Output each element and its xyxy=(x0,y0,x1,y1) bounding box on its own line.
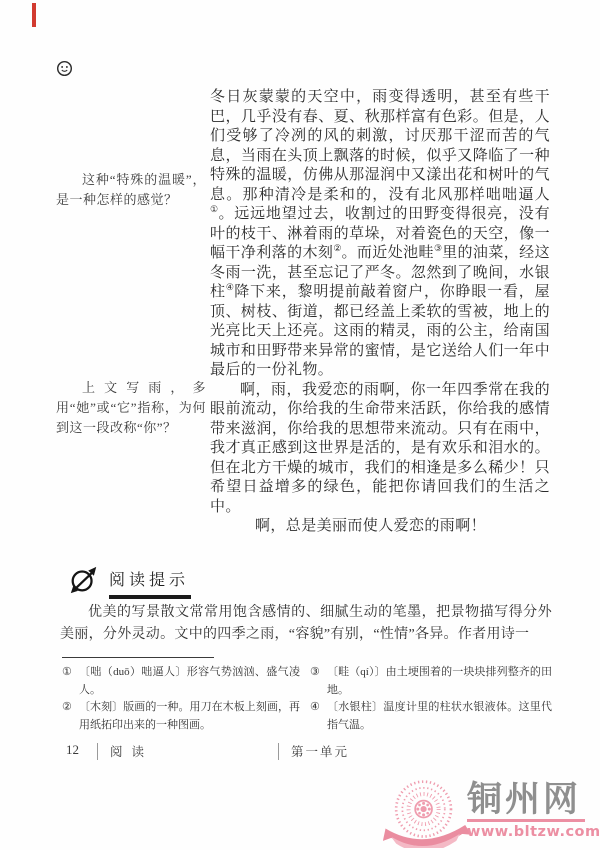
paragraph-ode-to-rain: 啊，雨，我爱恋的雨啊，你一年四季常在我的眼前流动，你给我的生命带来活跃，你给我的… xyxy=(210,381,550,518)
footnote-divider xyxy=(62,657,214,658)
footnote-number: ③ xyxy=(310,664,320,682)
footnote-number: ① xyxy=(62,664,72,682)
page-footer: 12 阅读 第一单元 xyxy=(66,742,406,762)
footnote-1: ① 〔咄（duō）咄逼人〕形容气势汹汹、盛气凌人。 xyxy=(62,664,300,699)
smiley-face-icon xyxy=(56,60,73,77)
textbook-page: 这种“特殊的温暖”，是一种怎样的感觉？ 上文写雨，多用“她”或“它”指称，为何到… xyxy=(0,0,600,850)
footer-section-label: 阅读 xyxy=(110,742,153,760)
margin-note-pronoun-question: 上文写雨，多用“她”或“它”指称，为何到这一段改称“你”？ xyxy=(56,378,206,438)
footnote-number: ② xyxy=(62,699,72,717)
footnote-3: ③ 〔畦（qí）〕由土埂围着的一块块排列整齐的田地。 xyxy=(310,664,552,699)
watermark-underline xyxy=(467,819,585,822)
footnote-column-right: ③ 〔畦（qí）〕由土埂围着的一块块排列整齐的田地。 ④ 〔水银柱〕温度计里的柱… xyxy=(310,664,552,734)
paragraph-winter-rain: 冬日灰蒙蒙的天空中，雨变得透明，甚至有些干巴，几乎没有春、夏、秋那样富有色彩。但… xyxy=(210,88,550,381)
footnote-number: ④ xyxy=(310,699,320,717)
footer-divider xyxy=(97,743,98,760)
watermark-site-url: www.bltzw.com xyxy=(467,824,593,840)
footnote-text: 〔水银柱〕温度计里的柱状水银液体。这里代指气温。 xyxy=(327,701,552,731)
footnote-4: ④ 〔水银柱〕温度计里的柱状水银液体。这里代指气温。 xyxy=(310,699,552,734)
page-number: 12 xyxy=(66,742,79,758)
footnote-text: 〔咄（duō）咄逼人〕形容气势汹汹、盛气凌人。 xyxy=(79,666,300,696)
footnote-2: ② 〔木刻〕版画的一种。用刀在木板上刻画，再用纸拓印出来的一种图画。 xyxy=(62,699,300,734)
footer-unit-label: 第一单元 xyxy=(291,742,349,760)
reading-tip-title: 阅读提示 xyxy=(109,565,191,599)
margin-note-warmth-question: 这种“特殊的温暖”，是一种怎样的感觉？ xyxy=(56,170,206,210)
footnote-text: 〔畦（qí）〕由土埂围着的一块块排列整齐的田地。 xyxy=(327,666,552,696)
footnote-column-left: ① 〔咄（duō）咄逼人〕形容气势汹汹、盛气凌人。 ② 〔木刻〕版画的一种。用刀… xyxy=(62,664,300,734)
reading-tip-header: 阅读提示 xyxy=(68,565,191,599)
main-text-column: 冬日灰蒙蒙的天空中，雨变得透明，甚至有些干巴，几乎没有春、夏、秋那样富有色彩。但… xyxy=(210,88,550,537)
watermark-text: 铜州网 www.bltzw.com xyxy=(467,781,593,840)
watermark: 铜州网 www.bltzw.com xyxy=(383,779,595,848)
circle-arrow-icon xyxy=(68,565,100,595)
footnotes: ① 〔咄（duō）咄逼人〕形容气势汹汹、盛气凌人。 ② 〔木刻〕版画的一种。用刀… xyxy=(62,664,552,734)
reading-tip-body: 优美的写景散文常常用饱含感情的、细腻生动的笔墨，把景物描写得分外美丽，分外灵动。… xyxy=(60,602,552,646)
seal-with-ribbon-icon xyxy=(383,779,473,848)
footer-divider xyxy=(278,743,279,760)
footnote-text: 〔木刻〕版画的一种。用刀在木板上刻画，再用纸拓印出来的一种图画。 xyxy=(79,701,300,731)
watermark-site-name: 铜州网 xyxy=(467,781,593,818)
margin-mark xyxy=(32,3,36,27)
paragraph-closing-line: 啊，总是美丽而使人爱恋的雨啊！ xyxy=(210,517,550,537)
